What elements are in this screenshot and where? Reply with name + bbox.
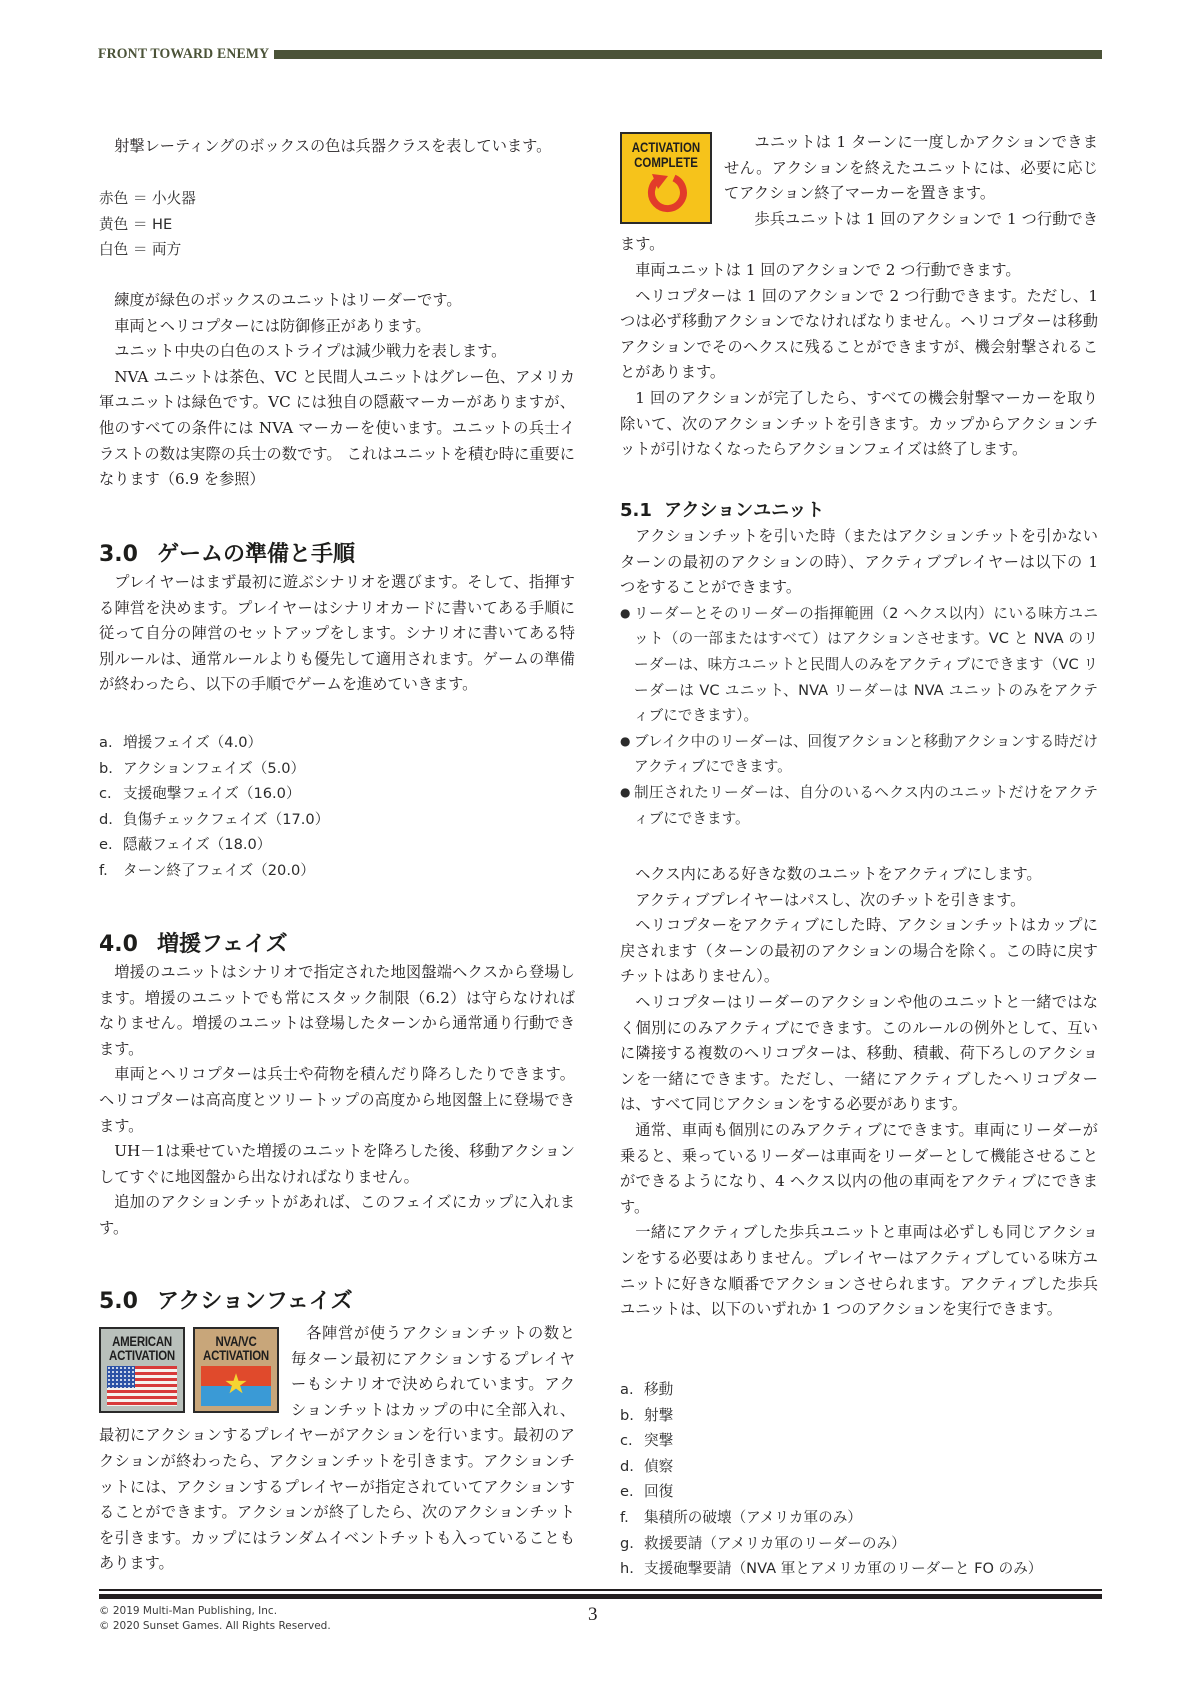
unit-notes: 練度が緑色のボックスのユニットはリーダーです。 車両とヘリコプターには防御修正が… xyxy=(99,288,575,493)
chip-text: NVA/VC xyxy=(216,1334,257,1349)
item-label: b. xyxy=(620,1403,644,1429)
activation-complete-marker: ACTIVATIONCOMPLETE xyxy=(620,132,712,224)
item-text: アクションフェイズ（5.0） xyxy=(123,756,305,782)
item-text: 支援砲撃フェイズ（16.0） xyxy=(123,781,301,807)
chip-text: AMERICAN xyxy=(112,1334,172,1349)
phase-item: c.支援砲撃フェイズ（16.0） xyxy=(99,781,575,807)
action-item: b.射撃 xyxy=(620,1403,1098,1429)
weapon-class-intro: 射撃レーティングのボックスの色は兵器クラスを表しています。 xyxy=(99,134,575,160)
paragraph: 車両ユニットは 1 回のアクションで 2 つ行動できます。 xyxy=(620,258,1098,284)
item-text: 射撃 xyxy=(644,1403,673,1429)
american-activation-chip: AMERICANACTIVATION xyxy=(99,1327,185,1413)
item-text: 支援砲撃要請（NVA 軍とアメリカ軍のリーダーと FO のみ） xyxy=(644,1556,1042,1582)
phase-item: a.増援フェイズ（4.0） xyxy=(99,730,575,756)
item-label: a. xyxy=(620,1377,644,1403)
action-item: h.支援砲撃要請（NVA 軍とアメリカ軍のリーダーと FO のみ） xyxy=(620,1556,1098,1582)
legend-item: 赤色 ＝ 小火器 xyxy=(99,186,575,212)
item-label: b. xyxy=(99,756,123,782)
item-text: 負傷チェックフェイズ（17.0） xyxy=(123,807,329,833)
section-4: 4.0増援フェイズ 増援のユニットはシナリオで指定された地図盤端ヘクスから登場し… xyxy=(99,930,575,1242)
phase-item: d.負傷チェックフェイズ（17.0） xyxy=(99,807,575,833)
action-list: a.移動 b.射撃 c.突撃 d.偵察 e.回復 f.集積所の破壊（アメリカ軍の… xyxy=(620,1377,1098,1582)
section-paragraph: 増援のユニットはシナリオで指定された地図盤端ヘクスから登場します。増援のユニット… xyxy=(99,960,575,1062)
section-heading: 4.0増援フェイズ xyxy=(99,930,575,960)
item-text: ターン終了フェイズ（20.0） xyxy=(123,858,315,884)
item-label: f. xyxy=(99,858,123,884)
marker-text: ACTIVATION xyxy=(632,139,700,155)
paragraph: 通常、車両も個別にのみアクティブにできます。車両にリーダーが乗ると、乗っているリ… xyxy=(620,1118,1098,1220)
item-text: 集積所の破壊（アメリカ軍のみ） xyxy=(644,1505,862,1531)
section-5: 5.0アクションフェイズ AMERICANACTIVATION NVA/VCAC… xyxy=(99,1287,575,1577)
nvavc-activation-chip: NVA/VCACTIVATION ★ xyxy=(193,1327,279,1413)
action-item: d.偵察 xyxy=(620,1454,1098,1480)
phase-item: f.ターン終了フェイズ（20.0） xyxy=(99,858,575,884)
subsection-heading: 5.1アクションユニット xyxy=(620,498,1098,524)
note-paragraph: ユニット中央の白色のストライプは減少戦力を表します。 xyxy=(99,339,575,365)
item-label: g. xyxy=(620,1531,644,1557)
header-rule xyxy=(274,50,1102,59)
section-heading: 3.0ゲームの準備と手順 xyxy=(99,540,575,570)
item-label: d. xyxy=(620,1454,644,1480)
item-text: 救援要請（アメリカ軍のリーダーのみ） xyxy=(644,1531,906,1557)
color-legend: 赤色 ＝ 小火器 黄色 ＝ HE 白色 ＝ 両方 xyxy=(99,186,575,263)
running-header: FRONT TOWARD ENEMY xyxy=(98,44,1102,64)
star-icon: ★ xyxy=(225,1373,247,1397)
paragraph: ヘリコプターをアクティブにした時、アクションチットはカップに戻されます（ターンの… xyxy=(620,913,1098,990)
bullet-item: ●リーダーとそのリーダーの指揮範囲（2 ヘクス以内）にいる味方ユニット（の一部ま… xyxy=(620,601,1098,729)
item-label: e. xyxy=(99,832,123,858)
page-number: 3 xyxy=(588,1604,598,1626)
section-heading: 5.0アクションフェイズ xyxy=(99,1287,575,1317)
paragraph: ヘリコプターは 1 回のアクションで 2 つ行動できます。ただし、1 つは必ず移… xyxy=(620,284,1098,386)
circular-arrow-icon xyxy=(646,172,688,214)
item-label: c. xyxy=(620,1428,644,1454)
copyright-line: © 2019 Multi-Man Publishing, Inc. xyxy=(99,1604,331,1619)
footer-rule-thick xyxy=(99,1594,1102,1599)
item-label: f. xyxy=(620,1505,644,1531)
phase-item: e.隠蔽フェイズ（18.0） xyxy=(99,832,575,858)
section-number: 5.1 xyxy=(620,498,664,524)
paragraph: 一緒にアクティブした歩兵ユニットと車両は必ずしも同じアクションをする必要はありま… xyxy=(620,1220,1098,1322)
item-text: 増援フェイズ（4.0） xyxy=(123,730,262,756)
note-paragraph: 車両とヘリコプターには防御修正があります。 xyxy=(99,314,575,340)
paragraph: 1 回のアクションが完了したら、すべての機会射撃マーカーを取り除いて、次のアクシ… xyxy=(620,386,1098,463)
item-text: 隠蔽フェイズ（18.0） xyxy=(123,832,271,858)
vc-flag-icon: ★ xyxy=(201,1366,271,1406)
section-title: アクションユニット xyxy=(664,500,824,521)
phase-list: a.増援フェイズ（4.0） b.アクションフェイズ（5.0） c.支援砲撃フェイ… xyxy=(99,730,575,884)
section-5-1: 5.1アクションユニット アクションチットを引いた時（またはアクションチットを引… xyxy=(620,498,1098,831)
section-number: 4.0 xyxy=(99,930,157,960)
section-title: アクションフェイズ xyxy=(157,1289,353,1314)
footer-rule xyxy=(99,1589,1102,1591)
action-item: c.突撃 xyxy=(620,1428,1098,1454)
item-text: 回復 xyxy=(644,1479,673,1505)
copyright: © 2019 Multi-Man Publishing, Inc. © 2020… xyxy=(99,1604,331,1634)
bullet-text: 制圧されたリーダーは、自分のいるヘクス内のユニットだけをアクティブにできます。 xyxy=(634,780,1098,831)
item-label: a. xyxy=(99,730,123,756)
section-intro: アクションチットを引いた時（またはアクションチットを引かないターンの最初のアクシ… xyxy=(620,524,1098,601)
bullet-text: ブレイク中のリーダーは、回復アクションと移動アクションする時だけアクティブにでき… xyxy=(634,729,1098,780)
item-label: e. xyxy=(620,1479,644,1505)
item-text: 偵察 xyxy=(644,1454,673,1480)
paragraph: アクティブプレイヤーはパスし、次のチットを引きます。 xyxy=(620,888,1098,914)
item-label: d. xyxy=(99,807,123,833)
note-paragraph: 練度が緑色のボックスのユニットはリーダーです。 xyxy=(99,288,575,314)
paragraph: ヘクス内にある好きな数のユニットをアクティブにします。 xyxy=(620,862,1098,888)
section-number: 3.0 xyxy=(99,540,157,570)
item-label: c. xyxy=(99,781,123,807)
item-text: 突撃 xyxy=(644,1428,673,1454)
us-flag-icon xyxy=(107,1366,177,1406)
bullet-item: ●ブレイク中のリーダーは、回復アクションと移動アクションする時だけアクティブにで… xyxy=(620,729,1098,780)
section-3: 3.0ゲームの準備と手順 プレイヤーはまず最初に遊ぶシナリオを選びます。そして、… xyxy=(99,540,575,698)
bullet-item: ●制圧されたリーダーは、自分のいるヘクス内のユニットだけをアクティブにできます。 xyxy=(620,780,1098,831)
action-item: f.集積所の破壊（アメリカ軍のみ） xyxy=(620,1505,1098,1531)
header-title: FRONT TOWARD ENEMY xyxy=(98,46,269,63)
section-paragraph: UH－1は乗せていた増援のユニットを降ろした後、移動アクションしてすぐに地図盤か… xyxy=(99,1139,575,1190)
section-paragraph: 追加のアクションチットがあれば、このフェイズにカップに入れます。 xyxy=(99,1190,575,1241)
copyright-line: © 2020 Sunset Games. All Rights Reserved… xyxy=(99,1619,331,1634)
action-item: a.移動 xyxy=(620,1377,1098,1403)
bullet-text: リーダーとそのリーダーの指揮範囲（2 ヘクス以内）にいる味方ユニット（の一部また… xyxy=(634,601,1098,729)
note-paragraph: NVA ユニットは茶色、VC と民間人ユニットはグレー色、アメリカ軍ユニットは緑… xyxy=(99,365,575,493)
section-body: プレイヤーはまず最初に遊ぶシナリオを選びます。そして、指揮する陣営を決めます。プ… xyxy=(99,570,575,698)
phase-item: b.アクションフェイズ（5.0） xyxy=(99,756,575,782)
item-text: 移動 xyxy=(644,1377,673,1403)
section-title: 増援フェイズ xyxy=(157,932,288,957)
section-5-1-rules: ヘクス内にある好きな数のユニットをアクティブにします。 アクティブプレイヤーはパ… xyxy=(620,862,1098,1323)
action-item: g.救援要請（アメリカ軍のリーダーのみ） xyxy=(620,1531,1098,1557)
chip-text: ACTIVATION xyxy=(109,1348,175,1363)
chip-text: ACTIVATION xyxy=(203,1348,269,1363)
section-paragraph: 車両とヘリコプターは兵士や荷物を積んだり降ろしたりできます。ヘリコプターは高高度… xyxy=(99,1062,575,1139)
item-label: h. xyxy=(620,1556,644,1582)
activation-chips: AMERICANACTIVATION NVA/VCACTIVATION ★ xyxy=(99,1327,279,1413)
marker-text: COMPLETE xyxy=(634,154,698,170)
section-title: ゲームの準備と手順 xyxy=(157,542,355,567)
section-number: 5.0 xyxy=(99,1287,157,1317)
paragraph: ヘリコプターはリーダーのアクションや他のユニットと一緒ではなく個別にのみアクティ… xyxy=(620,990,1098,1118)
legend-item: 白色 ＝ 両方 xyxy=(99,237,575,263)
action-item: e.回復 xyxy=(620,1479,1098,1505)
legend-item: 黄色 ＝ HE xyxy=(99,212,575,238)
